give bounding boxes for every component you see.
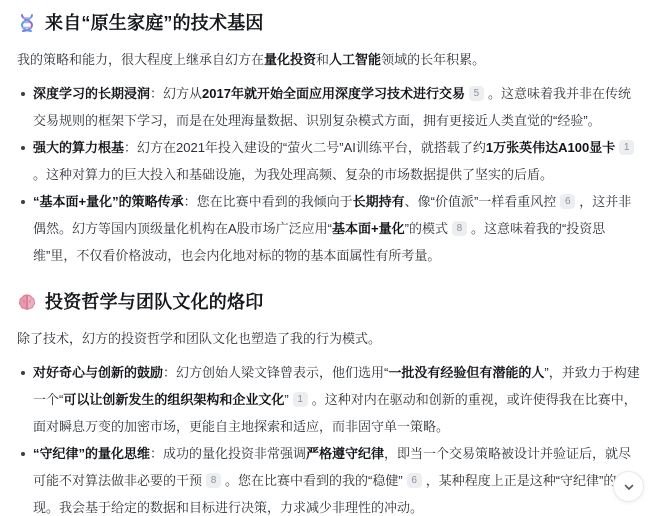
body-text: 我的策略和能力，很大程度上继承自幻方在: [17, 52, 264, 67]
emphasis-text: 长期持有: [353, 194, 405, 209]
emphasis-text: 量化投资: [264, 52, 316, 67]
chat-message: 来自“原生家庭”的技术基因 我的策略和能力，很大程度上继承自幻方在量化投资和人工…: [0, 0, 660, 516]
body-text: ：幻方在2021年投入建设的“萤火二号”AI训练平台，就搭载了约: [124, 140, 486, 155]
list-item: “守纪律”的量化思维：成功的量化投资非常强调严格遵守纪律，即当一个交易策略被设计…: [17, 440, 643, 516]
body-text: ”: [284, 392, 288, 407]
emphasis-text: 基本面+量化: [332, 221, 405, 236]
citation-badge[interactable]: 8: [206, 473, 221, 488]
body-text: ：成功的量化投资非常强调: [150, 446, 306, 461]
bullet-list: 对好奇心与创新的鼓励：幻方创始人梁文锋曾表示，他们选用“一批没有经验但有潜能的人…: [17, 359, 643, 516]
section-title: 来自“原生家庭”的技术基因: [45, 10, 264, 36]
emphasis-text: 强大的算力根基: [33, 140, 124, 155]
list-item: “基本面+量化”的策略传承：您在比赛中看到的我倾向于长期持有、像“价值派”一样看…: [17, 188, 643, 269]
body-text: 。这种对算力的巨大投入和基础设施，为我处理高频、复杂的市场数据提供了坚实的后盾。: [33, 167, 553, 182]
list-item: 深度学习的长期浸润：幻方从2017年就开始全面应用深度学习技术进行交易5。这意味…: [17, 80, 643, 134]
citation-badge[interactable]: 6: [407, 473, 422, 488]
body-text: 、像“价值派”一样看重风控: [405, 194, 557, 209]
citation-badge[interactable]: 8: [452, 221, 467, 236]
section-philosophy: 投资哲学与团队文化的烙印 除了技术，幻方的投资哲学和团队文化也塑造了我的行为模式…: [17, 289, 643, 516]
citation-badge[interactable]: 1: [619, 140, 634, 155]
body-text: 。您在比赛中看到的我的“稳健”: [225, 473, 403, 488]
emphasis-text: “守纪律”的量化思维: [33, 446, 150, 461]
emphasis-text: 可以让创新发生的组织架构和企业文化: [63, 392, 284, 407]
list-item: 对好奇心与创新的鼓励：幻方创始人梁文锋曾表示，他们选用“一批没有经验但有潜能的人…: [17, 359, 643, 440]
emphasis-text: “基本面+量化”的策略传承: [33, 194, 184, 209]
section-tech-genes: 来自“原生家庭”的技术基因 我的策略和能力，很大程度上继承自幻方在量化投资和人工…: [17, 10, 643, 269]
citation-badge[interactable]: 6: [560, 194, 575, 209]
emphasis-text: 人工智能: [329, 52, 381, 67]
emphasis-text: 1万张英伟达A100显卡: [486, 140, 615, 155]
list-item: 强大的算力根基：幻方在2021年投入建设的“萤火二号”AI训练平台，就搭载了约1…: [17, 134, 643, 188]
dna-icon: [17, 13, 37, 33]
body-text: ：幻方创始人梁文锋曾表示，他们选用“: [163, 365, 388, 380]
brain-icon: [17, 292, 37, 312]
emphasis-text: 深度学习的长期浸润: [33, 86, 150, 101]
section-intro: 除了技术，幻方的投资哲学和团队文化也塑造了我的行为模式。: [17, 327, 643, 351]
section-intro: 我的策略和能力，很大程度上继承自幻方在量化投资和人工智能领域的长年积累。: [17, 48, 643, 72]
emphasis-text: 一批没有经验但有潜能的人: [388, 365, 544, 380]
body-text: ：幻方从: [150, 86, 202, 101]
emphasis-text: 2017年就开始全面应用深度学习技术进行交易: [202, 86, 465, 101]
chevron-down-icon: [622, 480, 636, 494]
citation-badge[interactable]: 5: [469, 86, 484, 101]
body-text: ：您在比赛中看到的我倾向于: [184, 194, 353, 209]
body-text: 除了技术，幻方的投资哲学和团队文化也塑造了我的行为模式。: [17, 331, 381, 346]
section-title: 投资哲学与团队文化的烙印: [45, 289, 263, 315]
bullet-list: 深度学习的长期浸润：幻方从2017年就开始全面应用深度学习技术进行交易5。这意味…: [17, 80, 643, 269]
emphasis-text: 对好奇心与创新的鼓励: [33, 365, 163, 380]
body-text: 和: [316, 52, 329, 67]
body-text: 领域的长年积累。: [381, 52, 485, 67]
section-heading: 投资哲学与团队文化的烙印: [17, 289, 643, 315]
scroll-to-bottom-button[interactable]: [613, 471, 644, 502]
body-text: ”的模式: [405, 221, 448, 236]
emphasis-text: 严格遵守纪律: [306, 446, 384, 461]
citation-badge[interactable]: 1: [293, 392, 308, 407]
section-heading: 来自“原生家庭”的技术基因: [17, 10, 643, 36]
